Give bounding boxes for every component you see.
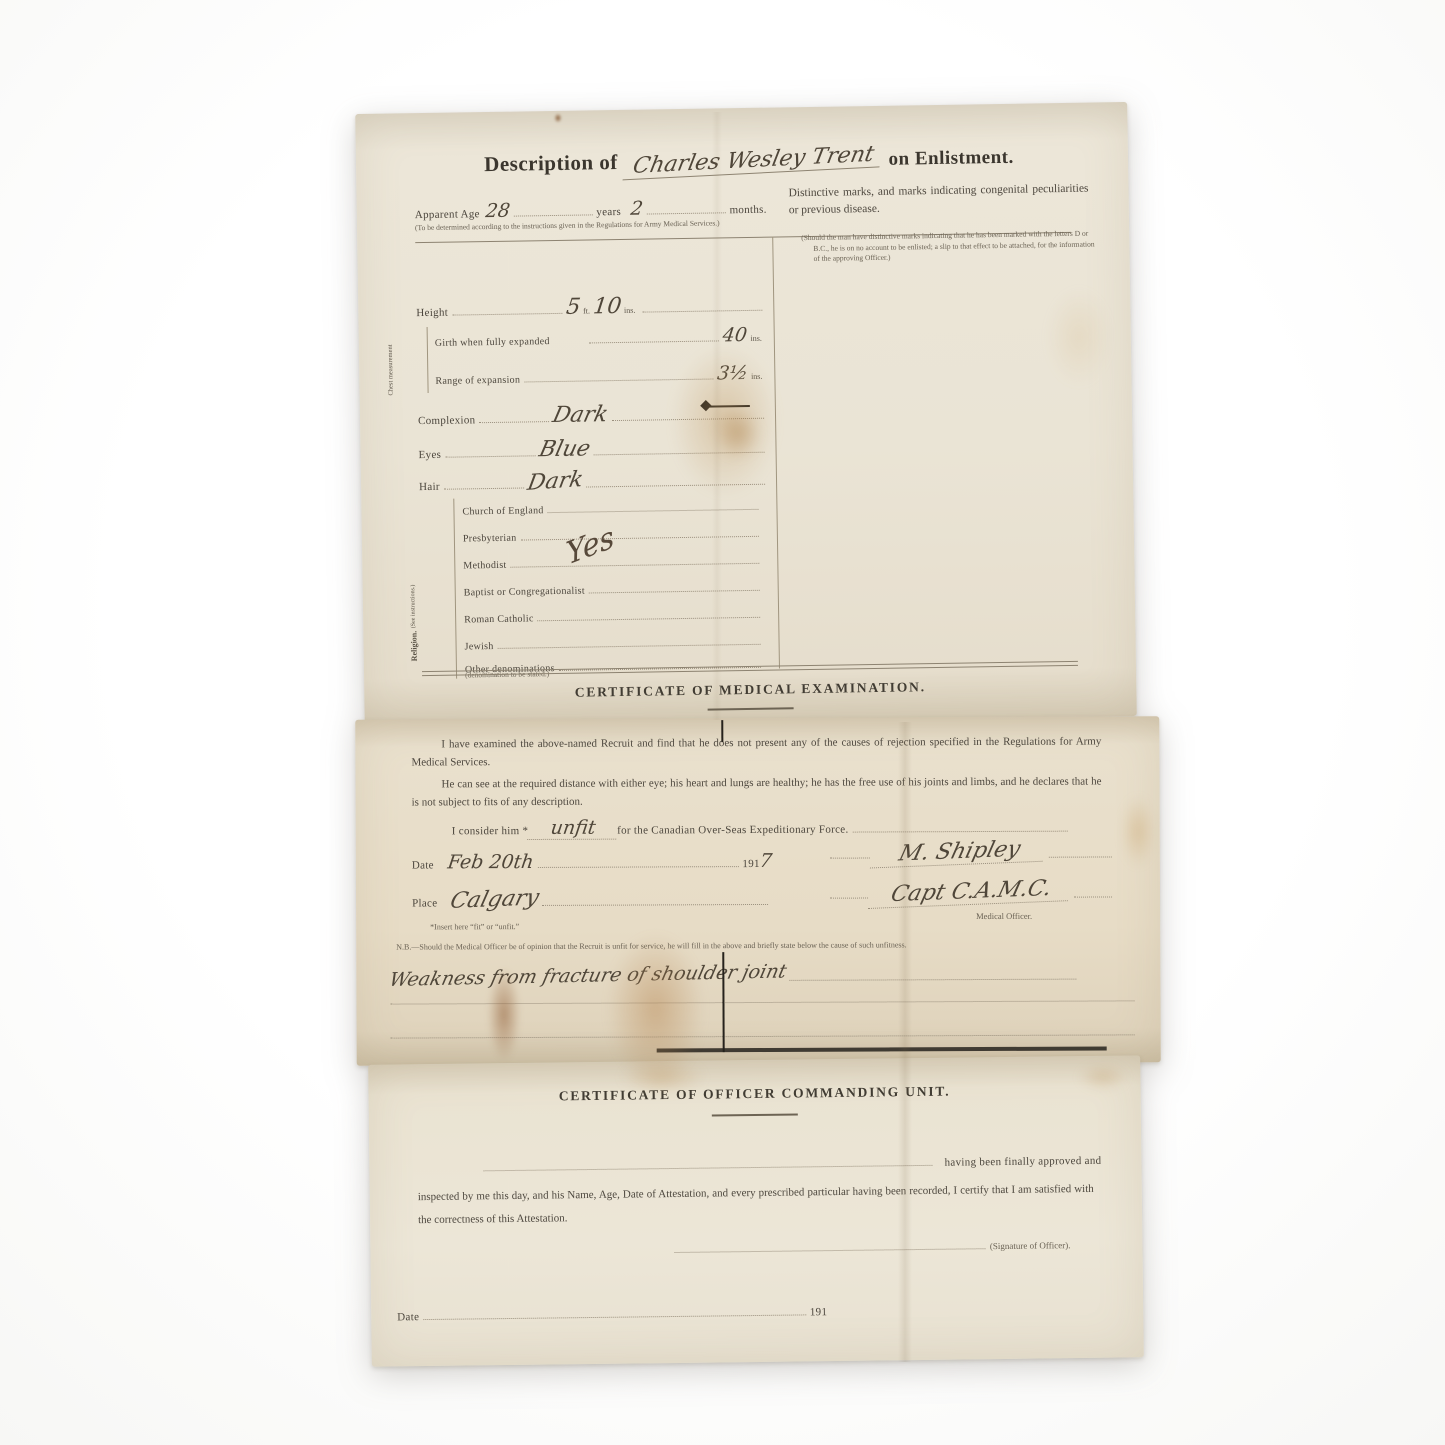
year-printed: 191 xyxy=(742,858,759,870)
dotted-line xyxy=(479,406,549,423)
dotted-line xyxy=(586,469,765,488)
dotted-line xyxy=(589,325,720,343)
distinctive-marks-text: Distinctive marks, and marks indicating … xyxy=(788,181,1088,219)
medical-rank-line: Capt C.A.M.C. xyxy=(826,878,1116,905)
inches-unit-label: ins. xyxy=(624,306,635,315)
ink-mark xyxy=(722,952,724,1052)
dotted-line xyxy=(520,521,759,541)
medical-officer-signature-handwritten: M. Shipley xyxy=(870,836,1049,869)
place-value-handwritten: Calgary xyxy=(448,885,542,913)
height-feet-value: 5 xyxy=(564,295,581,320)
dotted-line xyxy=(593,437,764,456)
range-of-expansion-field: Range of expansion 3½ ins. xyxy=(435,362,765,389)
range-value: 3½ xyxy=(716,362,749,385)
religion-row-label: Roman Catholic xyxy=(464,614,534,626)
religion-note-text: (See instructions.) xyxy=(410,584,417,628)
attestation-document: Description of Charles Wesley Trent on E… xyxy=(350,96,1166,1376)
co-certificate-body: inspected by me this day, and his Name, … xyxy=(418,1178,1095,1232)
dotted-line xyxy=(789,963,1076,980)
co-certificate-heading: CERTIFICATE OF OFFICER COMMANDING UNIT. xyxy=(369,1081,1141,1106)
dotted-line xyxy=(674,1233,986,1253)
hair-value: Dark xyxy=(525,467,585,496)
date-label: Date xyxy=(412,859,434,871)
dotted-line xyxy=(514,199,593,216)
recruit-name-handwritten: Charles Wesley Trent xyxy=(622,141,884,180)
religion-row-label: Baptist or Congregationalist xyxy=(464,586,585,599)
apparent-age-label: Apparent Age xyxy=(415,208,480,221)
eyes-field: Eyes Blue xyxy=(418,434,768,464)
co-year-printed: 191 xyxy=(810,1306,828,1318)
officer-signature-line: (Signature of Officer). xyxy=(670,1232,1070,1257)
dotted-line xyxy=(510,548,759,568)
date-value-handwritten: Feb 20th xyxy=(446,851,535,873)
religion-table: Church of England Presbyterian Methodist… xyxy=(453,494,772,679)
dotted-line xyxy=(452,298,562,316)
eyes-label: Eyes xyxy=(418,449,441,461)
blank-ruled-line xyxy=(390,1000,1134,1004)
dotted-line xyxy=(537,851,738,868)
range-unit: ins. xyxy=(751,372,762,381)
chest-measurement-text: Chest measurement xyxy=(387,344,395,395)
description-panel: Description of Charles Wesley Trent on E… xyxy=(355,102,1137,728)
religion-row: Church of England xyxy=(462,494,762,518)
dotted-line xyxy=(830,842,870,858)
height-inches-value: 10 xyxy=(591,294,622,319)
place-label: Place xyxy=(412,897,437,909)
photo-background: Description of Charles Wesley Trent on E… xyxy=(0,0,1445,1445)
dotted-line xyxy=(423,1299,806,1320)
religion-row-label: Church of England xyxy=(462,505,543,517)
medical-paragraph-1: I have examined the above-named Recruit … xyxy=(411,733,1101,772)
fit-unfit-footnote: *Insert here “fit” or “unfit.” xyxy=(430,921,519,933)
dotted-line xyxy=(589,575,760,594)
complexion-field: Complexion Dark xyxy=(418,400,768,430)
approved-line: having been finally approved and xyxy=(479,1148,1101,1175)
unfitness-cause-handwritten: Weakness from fracture of shoulder joint xyxy=(387,960,789,991)
dotted-line xyxy=(1074,881,1112,897)
religion-row: Baptist or Congregationalist xyxy=(464,575,764,599)
complexion-label: Complexion xyxy=(418,414,476,427)
dotted-line xyxy=(642,295,762,313)
religion-row-label: Presbyterian xyxy=(463,533,517,545)
religion-vertical-label: Religion. (See instructions.) xyxy=(407,511,418,661)
year-written-handwritten: 7 xyxy=(758,850,773,872)
co-date-line: Date 191 xyxy=(397,1299,827,1323)
column-divider xyxy=(772,237,780,669)
girth-unit: ins. xyxy=(750,334,761,343)
dotted-line xyxy=(547,494,758,513)
unfitness-cause-line: Weakness from fracture of shoulder joint xyxy=(390,963,1080,988)
height-label: Height xyxy=(416,307,448,319)
dotted-line xyxy=(524,363,714,382)
blank-ruled-line xyxy=(391,1034,1135,1038)
dotted-line xyxy=(1049,841,1112,857)
medical-officer-label: Medical Officer. xyxy=(976,911,1032,923)
age-months-value: 2 xyxy=(630,198,645,220)
medical-certificate-panel: I have examined the above-named Recruit … xyxy=(355,716,1161,1066)
distinctive-marks-heading: Distinctive marks, and marks indicating … xyxy=(788,181,1088,219)
fitness-value-handwritten: unfit xyxy=(527,817,619,840)
hair-field: Hair Dark xyxy=(419,466,769,496)
religion-row-label: Methodist xyxy=(463,560,506,572)
feet-unit-label: ft. xyxy=(583,306,590,315)
months-label: months. xyxy=(729,204,766,217)
medical-place-line: Place Calgary xyxy=(412,886,772,913)
girth-value: 40 xyxy=(722,324,749,346)
unfitness-footnote: N.B.—Should the Medical Officer be of op… xyxy=(396,938,1120,952)
consider-suffix: for the Canadian Over-Seas Expeditionary… xyxy=(617,824,848,837)
height-field: Height 5 ft. 10 ins. xyxy=(416,292,766,322)
medical-officer-rank-handwritten: Capt C.A.M.C. xyxy=(868,875,1075,909)
girth-label: Girth when fully expanded xyxy=(435,336,585,350)
dotted-line xyxy=(537,602,760,622)
dotted-line xyxy=(497,629,760,649)
hair-label: Hair xyxy=(419,481,440,493)
medical-signature-line: M. Shipley xyxy=(826,838,1116,865)
document-title: Description of Charles Wesley Trent on E… xyxy=(444,143,1054,179)
complexion-value: Dark xyxy=(550,402,610,428)
years-label: years xyxy=(596,206,621,218)
heading-underline xyxy=(708,707,794,710)
signature-of-officer-label: (Signature of Officer). xyxy=(990,1239,1071,1253)
religion-row-label: Jewish xyxy=(465,641,494,652)
dotted-line xyxy=(647,197,726,214)
distinctive-marks-note: (Should the man have distinctive marks i… xyxy=(801,228,1101,264)
title-suffix: on Enlistment. xyxy=(888,147,1014,171)
eyes-value: Blue xyxy=(536,436,592,462)
girth-field: Girth when fully expanded 40 ins. xyxy=(435,324,765,351)
title-prefix: Description of xyxy=(484,150,618,177)
co-date-label: Date xyxy=(397,1311,419,1323)
religion-row: Jewish xyxy=(464,629,764,653)
dotted-line xyxy=(445,440,535,458)
medical-date-line: Date Feb 20th 191 7 xyxy=(412,850,772,874)
fitness-statement-line: I consider him * unfit for the Canadian … xyxy=(452,815,1072,841)
medical-paragraph-2: He can see at the required distance with… xyxy=(411,773,1101,812)
ink-mark xyxy=(657,1046,1107,1052)
ink-mark xyxy=(721,720,723,742)
consider-prefix: I consider him * xyxy=(452,825,529,837)
religion-row: Roman Catholic xyxy=(464,602,764,626)
co-certificate-panel: CERTIFICATE OF OFFICER COMMANDING UNIT. … xyxy=(368,1055,1144,1366)
age-years-value: 28 xyxy=(484,200,511,222)
chest-measurement-vertical-label: Chest measurement xyxy=(387,326,395,396)
dotted-line xyxy=(852,815,1067,832)
dotted-line xyxy=(444,472,524,489)
approved-suffix-text: having been finally approved and xyxy=(945,1155,1102,1169)
dotted-line xyxy=(483,1150,932,1172)
dotted-line xyxy=(542,889,768,906)
chest-bracket-rule xyxy=(427,327,429,393)
range-label: Range of expansion xyxy=(435,375,520,387)
dotted-line xyxy=(830,882,868,898)
heading-underline xyxy=(712,1113,798,1116)
religion-label-text: Religion. xyxy=(409,631,418,662)
